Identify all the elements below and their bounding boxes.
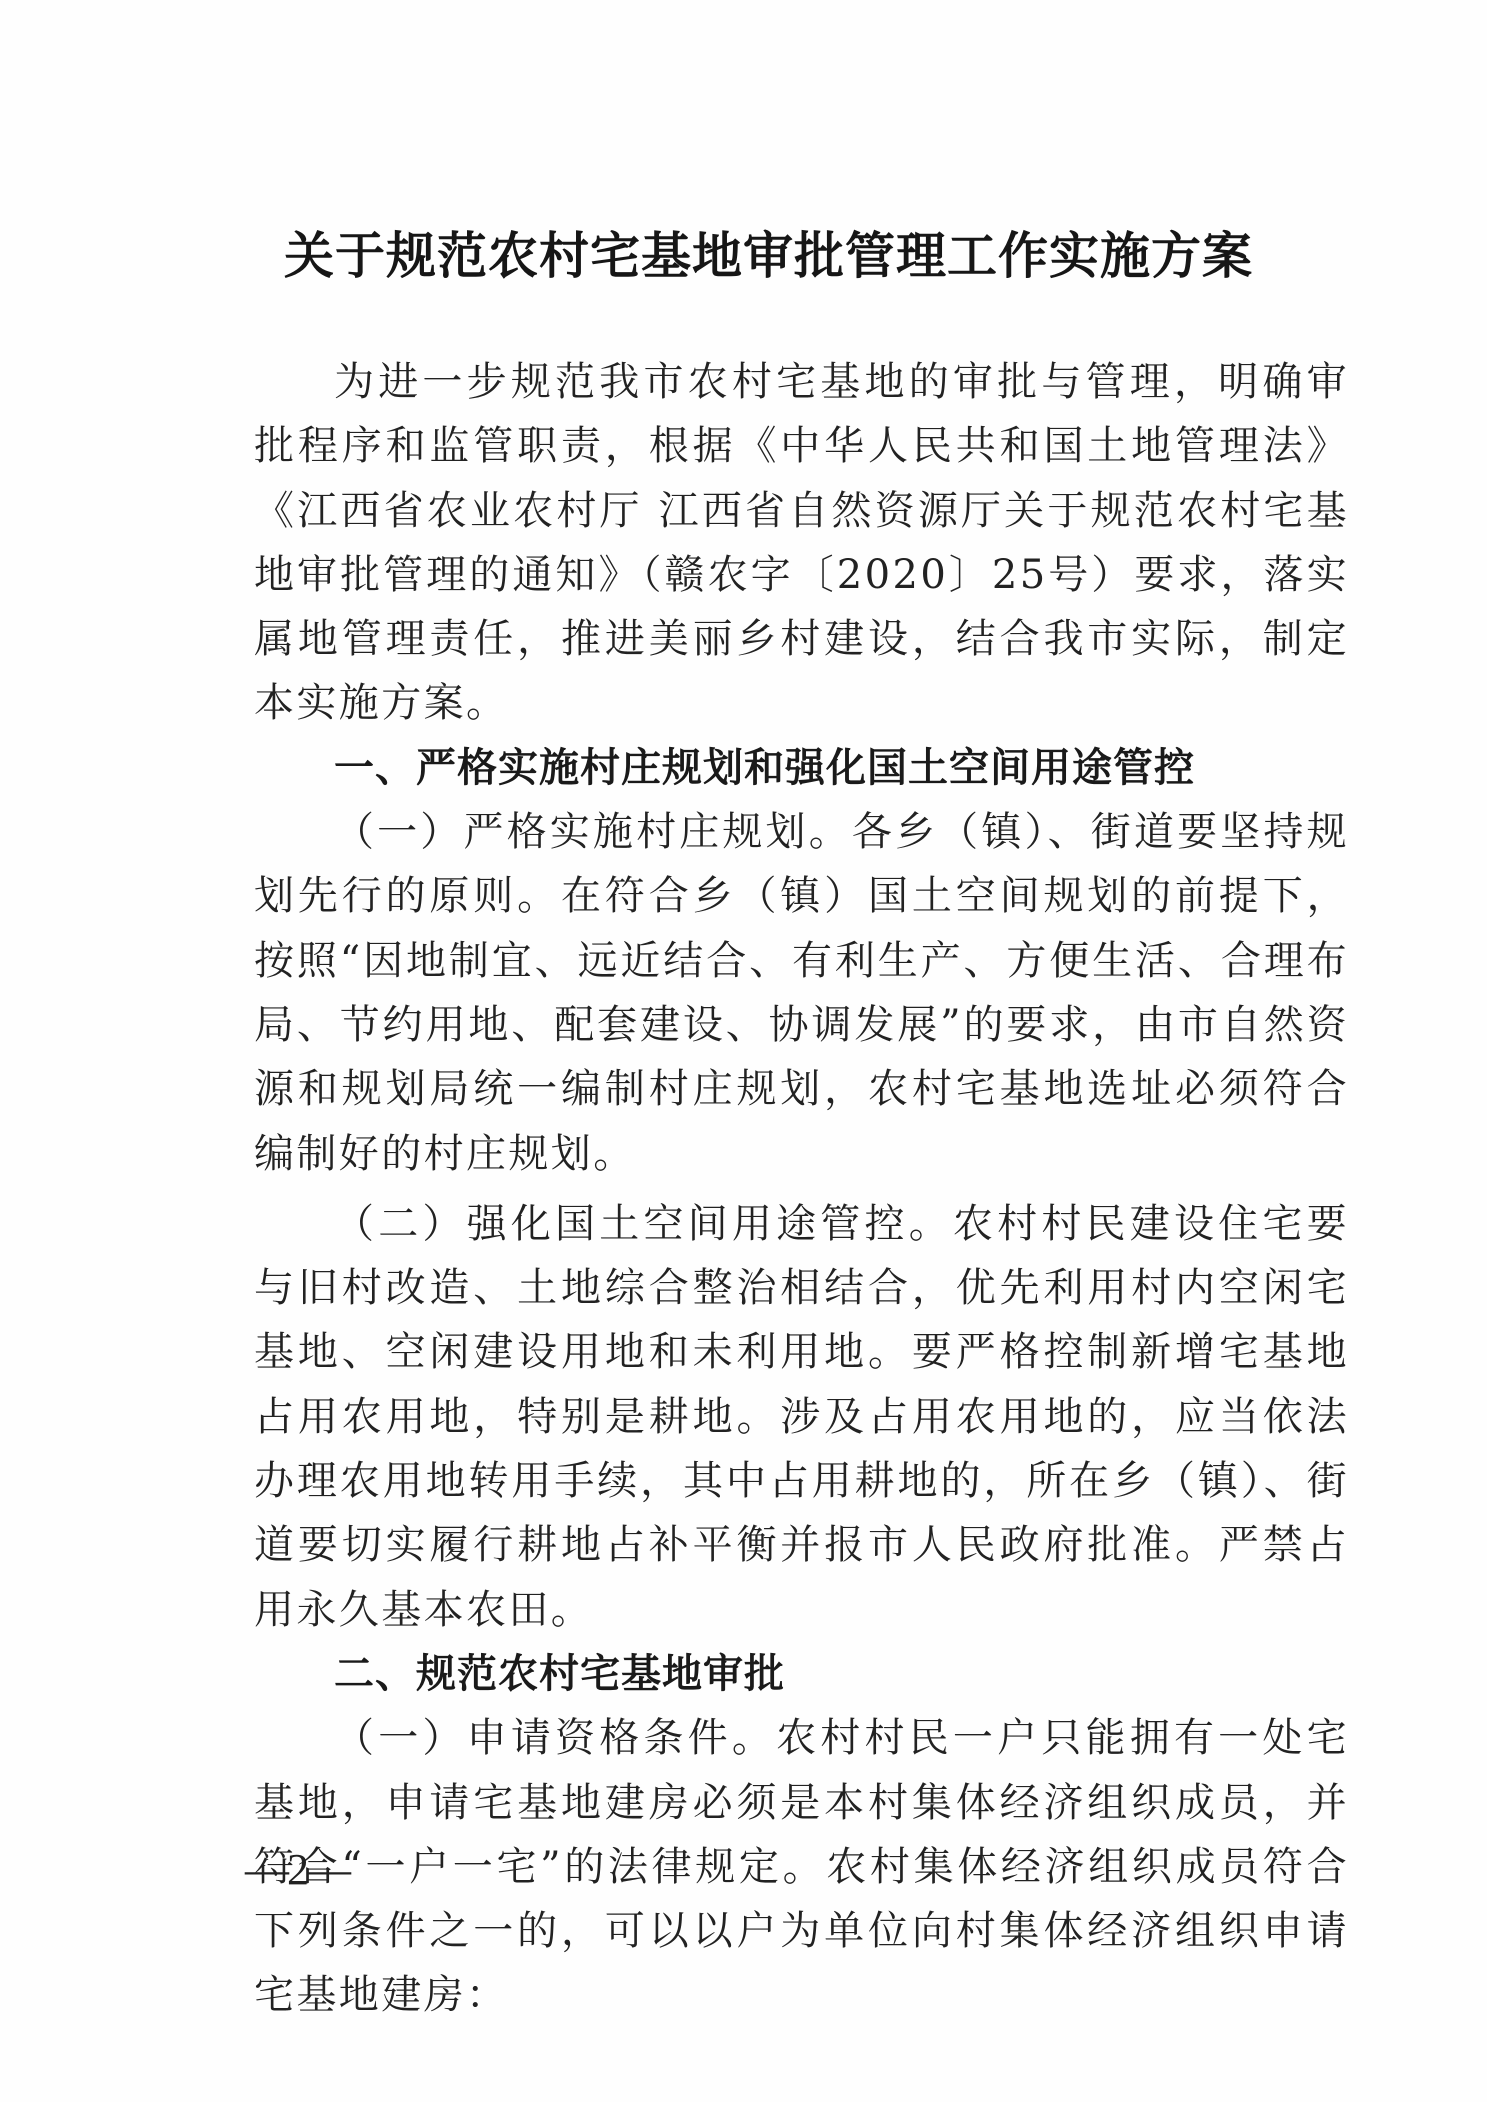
- document-page: 关于规范农村宅基地审批管理工作实施方案 为进一步规范我市农村宅基地的审批与管理，…: [0, 0, 1487, 2102]
- section-2-item-1-paragraph: （一）申请资格条件。农村村民一户只能拥有一处宅基地，申请宅基地建房必须是本村集体…: [254, 1706, 1349, 2027]
- section-1-item-1-paragraph: （一）严格实施村庄规划。各乡（镇）、街道要坚持规划先行的原则。在符合乡（镇）国土…: [254, 800, 1349, 1186]
- section-heading-1: 一、严格实施村庄规划和强化国土空间用途管控: [254, 736, 1349, 800]
- page-number: —2—: [245, 1840, 349, 1900]
- document-title: 关于规范农村宅基地审批管理工作实施方案: [0, 218, 1487, 294]
- document-body: 为进一步规范我市农村宅基地的审批与管理，明确审批程序和监管职责，根据《中华人民共…: [254, 350, 1349, 2028]
- intro-paragraph: 为进一步规范我市农村宅基地的审批与管理，明确审批程序和监管职责，根据《中华人民共…: [254, 350, 1349, 736]
- section-heading-2: 二、规范农村宅基地审批: [254, 1642, 1349, 1706]
- section-1-item-2-paragraph: （二）强化国土空间用途管控。农村村民建设住宅要与旧村改造、土地综合整治相结合，优…: [254, 1192, 1349, 1642]
